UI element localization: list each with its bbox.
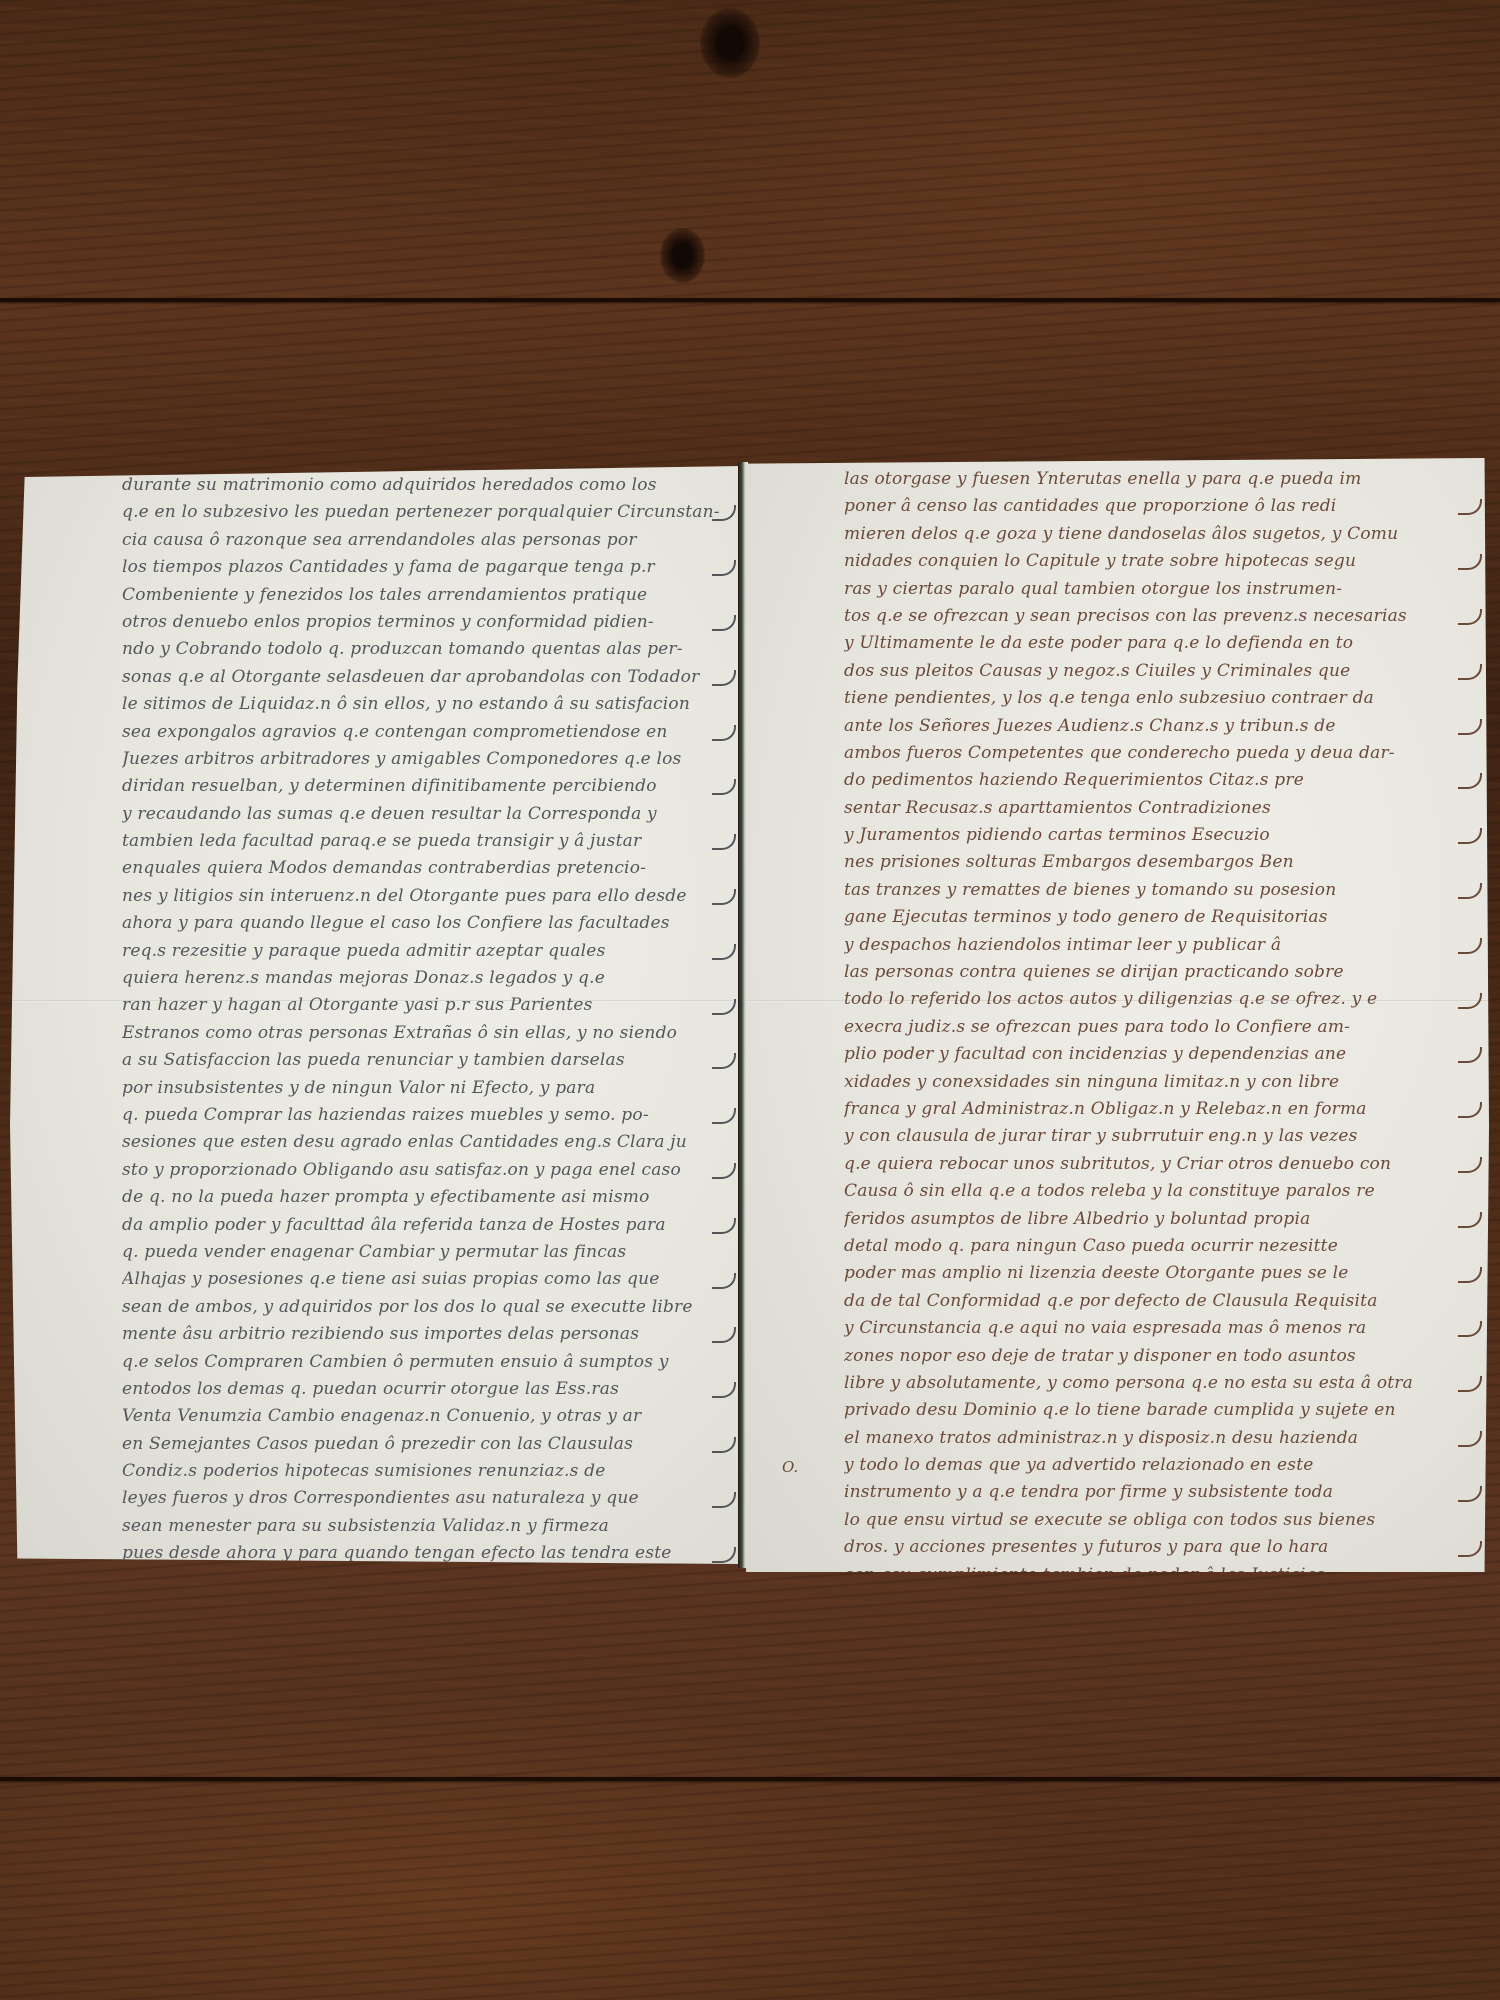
manuscript-line: entodos los demas q. puedan ocurrir otor… [122, 1376, 722, 1403]
line-end-flourish [1458, 1047, 1482, 1063]
line-end-flourish [1458, 1431, 1482, 1447]
line-end-flourish [1458, 1541, 1482, 1557]
manuscript-line: da amplio poder y faculttad âla referida… [122, 1212, 722, 1239]
manuscript-line: ras y ciertas paralo qual tambien otorgu… [844, 576, 1456, 603]
manuscript-line: con asu cumplimiento tambien da poder â … [844, 1562, 1456, 1572]
line-end-flourish [1458, 554, 1482, 570]
line-end-flourish [712, 1163, 736, 1179]
manuscript-line: de q. no la pueda hazer prompta y efecti… [122, 1184, 722, 1211]
manuscript-line: poner â censo las cantidades que proporz… [844, 493, 1456, 520]
manuscript-line: feridos asumptos de libre Albedrio y bol… [844, 1206, 1456, 1233]
manuscript-line: y Ultimamente le da este poder para q.e … [844, 630, 1456, 657]
manuscript-line: instrumento y a q.e tendra por firme y s… [844, 1479, 1456, 1506]
manuscript-line: q.e quiera rebocar unos subritutos, y Cr… [844, 1151, 1456, 1178]
manuscript-line: y Juramentos pidiendo cartas terminos Es… [844, 822, 1456, 849]
manuscript-line: quiera herenz.s mandas mejoras Donaz.s l… [122, 965, 722, 992]
manuscript-line: nes y litigios sin interuenz.n del Otorg… [122, 883, 722, 910]
manuscript-line: poder mas amplio ni lizenzia deeste Otor… [844, 1260, 1456, 1287]
manuscript-line: durante su matrimonio como adquiridos he… [122, 472, 722, 499]
manuscript-line: sean de ambos, y adquiridos por los dos … [122, 1294, 722, 1321]
line-end-flourish [1458, 1376, 1482, 1392]
manuscript-line: ambos fueros Competentes que conderecho … [844, 740, 1456, 767]
manuscript-line: execra judiz.s se ofrezcan pues para tod… [844, 1014, 1456, 1041]
manuscript-line: todo lo referido los actos autos y dilig… [844, 986, 1456, 1013]
manuscript-line: Venta Venumzia Cambio enagenaz.n Conueni… [122, 1403, 722, 1430]
manuscript-line: Causa ô sin ella q.e a todos releba y la… [844, 1178, 1456, 1205]
manuscript-line: las personas contra quienes se dirijan p… [844, 959, 1456, 986]
manuscript-line: enquales quiera Modos demandas contraber… [122, 855, 722, 882]
manuscript-line: privado desu Dominio q.e lo tiene barade… [844, 1397, 1456, 1424]
manuscript-line: los tiempos plazos Cantidades y fama de … [122, 554, 722, 581]
manuscript-line: da de tal Conformidad q.e por defecto de… [844, 1288, 1456, 1315]
manuscript-line: zones nopor eso deje de tratar y dispone… [844, 1343, 1456, 1370]
manuscript-line: y Circunstancia q.e aqui no vaia espresa… [844, 1315, 1456, 1342]
line-end-flourish [712, 615, 736, 631]
manuscript-line: q. pueda vender enagenar Cambiar y permu… [122, 1239, 722, 1266]
manuscript-line: mente âsu arbitrio rezibiendo sus import… [122, 1321, 722, 1348]
line-end-flourish [712, 1218, 736, 1234]
manuscript-line: el manexo tratos administraz.n y disposi… [844, 1425, 1456, 1452]
plank-seam-top [0, 298, 1500, 302]
manuscript-line: y recaudando las sumas q.e deuen resulta… [122, 801, 722, 828]
line-end-flourish [712, 889, 736, 905]
line-end-flourish [1458, 1267, 1482, 1283]
manuscript-line: diridan resuelban, y determinen difiniti… [122, 773, 722, 800]
line-end-flourish [712, 725, 736, 741]
manuscript-line: sesiones que esten desu agrado enlas Can… [122, 1129, 722, 1156]
line-end-flourish [712, 1437, 736, 1453]
line-end-flourish [712, 944, 736, 960]
manuscript-line: en Semejantes Casos puedan ô prezedir co… [122, 1431, 722, 1458]
manuscript-line: otros denuebo enlos propios terminos y c… [122, 609, 722, 636]
manuscript-line: lo que ensu virtud se execute se obliga … [844, 1507, 1456, 1534]
manuscript-line: detal modo q. para ningun Caso pueda ocu… [844, 1233, 1456, 1260]
line-end-flourish [1458, 883, 1482, 899]
manuscript-line: Estranos como otras personas Extrañas ô … [122, 1020, 722, 1047]
line-end-flourish [712, 999, 736, 1015]
manuscript-line: sentar Recusaz.s aparttamientos Contradi… [844, 795, 1456, 822]
manuscript-line: tambien leda facultad paraq.e se pueda t… [122, 828, 722, 855]
manuscript-line: Condiz.s poderios hipotecas sumisiones r… [122, 1458, 722, 1485]
manuscript-line: xidades y conexsidades sin ninguna limit… [844, 1069, 1456, 1096]
manuscript-line: sonas q.e al Otorgante selasdeuen dar ap… [122, 664, 722, 691]
manuscript-line: dros. y acciones presentes y futuros y p… [844, 1534, 1456, 1561]
line-end-flourish [712, 1108, 736, 1124]
manuscript-line: leyes fueros y dros Correspondientes asu… [122, 1485, 722, 1512]
manuscript-line: q.e selos Compraren Cambien ô permuten e… [122, 1349, 722, 1376]
line-end-flourish [712, 779, 736, 795]
line-end-flourish [712, 1273, 736, 1289]
manuscript-line: por insubsistentes y de ningun Valor ni … [122, 1075, 722, 1102]
manuscript-line: plio poder y facultad con incidenzias y … [844, 1041, 1456, 1068]
manuscript-line: dos sus pleitos Causas y negoz.s Ciuiles… [844, 658, 1456, 685]
manuscript-line: sean menester para su subsistenzia Valid… [122, 1513, 722, 1540]
manuscript-line: sto y proporzionado Obligando asu satisf… [122, 1157, 722, 1184]
manuscript-line: y todo lo demas que ya advertido relazio… [844, 1452, 1456, 1479]
manuscript-line: q.e en lo subzesivo les puedan perteneze… [122, 499, 722, 526]
manuscript-line: libre y absolutamente, y como persona q.… [844, 1370, 1456, 1397]
line-end-flourish [712, 1492, 736, 1508]
line-end-flourish [1458, 1157, 1482, 1173]
manuscript-line: franca y gral Administraz.n Obligaz.n y … [844, 1096, 1456, 1123]
manuscript-line: las otorgase y fuesen Ynterutas enella y… [844, 466, 1456, 493]
manuscript-line: tos q.e se ofrezcan y sean precisos con … [844, 603, 1456, 630]
manuscript-line: sea expongalos agravios q.e contengan co… [122, 719, 722, 746]
manuscript-line: ante los Señores Juezes Audienz.s Chanz.… [844, 713, 1456, 740]
line-end-flourish [712, 1327, 736, 1343]
manuscript-line: tiene pendientes, y los q.e tenga enlo s… [844, 685, 1456, 712]
line-end-flourish [1458, 1486, 1482, 1502]
line-end-flourish [1458, 719, 1482, 735]
line-end-flourish [1458, 938, 1482, 954]
manuscript-line: Combeniente y fenezidos los tales arrend… [122, 582, 722, 609]
manuscript-line: y con clausula de jurar tirar y subrrutu… [844, 1123, 1456, 1150]
manuscript-line: a su Satisfaccion las pueda renunciar y … [122, 1047, 722, 1074]
manuscript-line: ahora y para quando llegue el caso los C… [122, 910, 722, 937]
left-page-text: durante su matrimonio como adquiridos he… [122, 472, 722, 1564]
line-end-flourish [712, 834, 736, 850]
line-end-flourish [712, 505, 736, 521]
manuscript-line: nes prisiones solturas Embargos desembar… [844, 849, 1456, 876]
right-page-text: las otorgase y fuesen Ynterutas enella y… [844, 466, 1456, 1572]
manuscript-line: Juezes arbitros arbitradores y amigables… [122, 746, 722, 773]
manuscript-line: req.s rezesitie y paraque pueda admitir … [122, 938, 722, 965]
manuscript-line: ndo y Cobrando todolo q. produzcan toman… [122, 636, 722, 663]
line-end-flourish [1458, 1102, 1482, 1118]
plank-seam-bottom [0, 1777, 1500, 1781]
line-end-flourish [712, 1547, 736, 1563]
manuscript-line: Alhajas y posesiones q.e tiene asi suias… [122, 1266, 722, 1293]
line-end-flourish [1458, 1212, 1482, 1228]
manuscript-line: pues desde ahora y para quando tengan ef… [122, 1540, 722, 1564]
right-page: las otorgase y fuesen Ynterutas enella y… [746, 458, 1492, 1572]
line-end-flourish [1458, 609, 1482, 625]
manuscript-line: q. pueda Comprar las haziendas raizes mu… [122, 1102, 722, 1129]
manuscript-line: gane Ejecutas terminos y todo genero de … [844, 904, 1456, 931]
manuscript-line: cia causa ô razonque sea arrendandoles a… [122, 527, 722, 554]
line-end-flourish [1458, 993, 1482, 1009]
manuscript-line: tas tranzes y remattes de bienes y toman… [844, 877, 1456, 904]
manuscript-line: do pedimentos haziendo Requerimientos Ci… [844, 767, 1456, 794]
line-end-flourish [1458, 664, 1482, 680]
manuscript-line: y despachos haziendolos intimar leer y p… [844, 932, 1456, 959]
line-end-flourish [1458, 499, 1482, 515]
manuscript-line: le sitimos de Liquidaz.n ô sin ellos, y … [122, 691, 722, 718]
line-end-flourish [1458, 773, 1482, 789]
left-page: durante su matrimonio como adquiridos he… [10, 466, 742, 1564]
line-end-flourish [712, 560, 736, 576]
wood-knot [660, 228, 705, 283]
line-end-flourish [1458, 1321, 1482, 1337]
line-end-flourish [712, 1053, 736, 1069]
line-end-flourish [712, 670, 736, 686]
wood-knot [700, 8, 760, 78]
margin-note: O. [782, 1458, 798, 1476]
line-end-flourish [1458, 828, 1482, 844]
manuscript-line: ran hazer y hagan al Otorgante yasi p.r … [122, 992, 722, 1019]
line-end-flourish [712, 1382, 736, 1398]
manuscript-line: nidades conquien lo Capitule y trate sob… [844, 548, 1456, 575]
manuscript-line: mieren delos q.e goza y tiene dandoselas… [844, 521, 1456, 548]
